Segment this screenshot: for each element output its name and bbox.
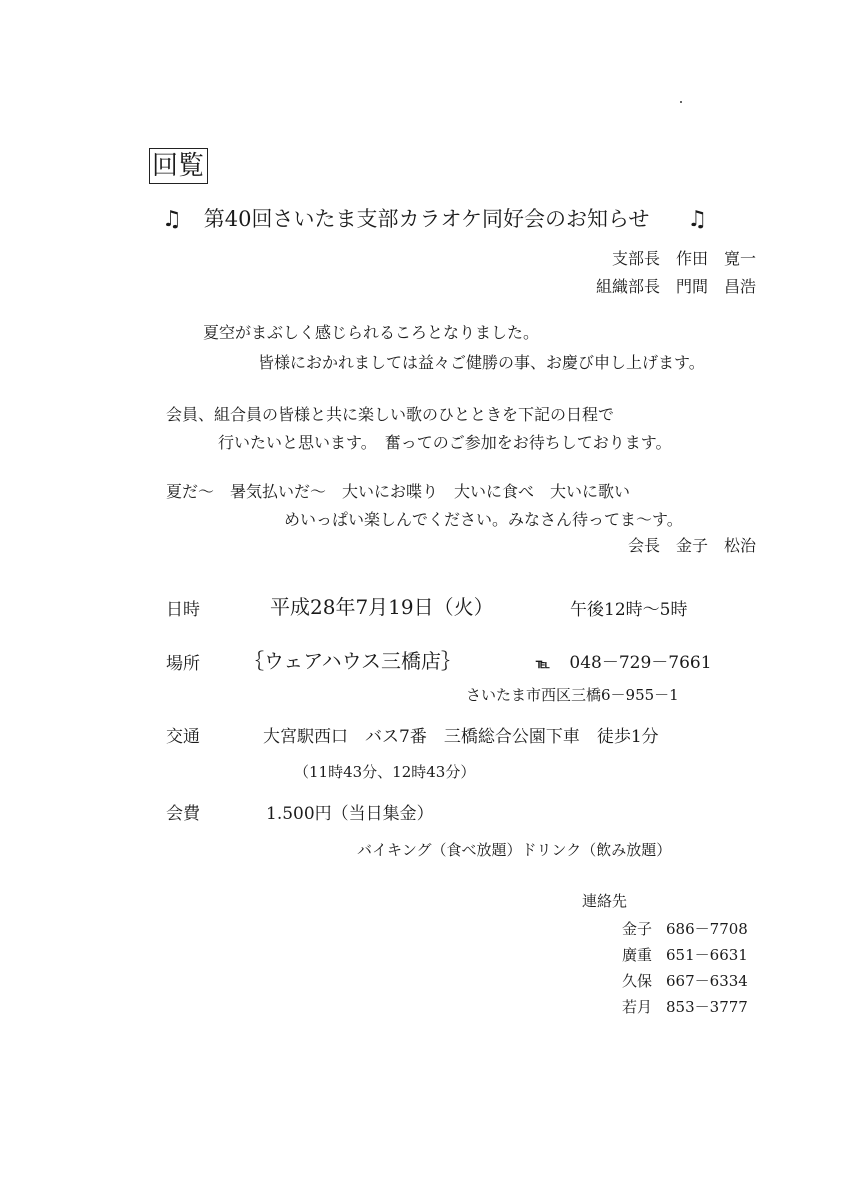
date-label: 日時 (166, 595, 200, 620)
venue-name: ｛ウェアハウス三橋店｝ (244, 645, 461, 674)
president-signature: 会長金子松治 (628, 533, 756, 556)
invite-line-2: 行いたいと思います。 奮ってのご参加をお待ちしております。 (218, 430, 671, 453)
fee-note: バイキング（食べ放題）ドリンク（飲み放題） (357, 839, 671, 860)
fee-label: 会費 (166, 799, 200, 824)
signatory-role: 組織部長 (596, 277, 660, 296)
contact-name: 金子 (622, 920, 652, 938)
title-text: 第40回さいたま支部カラオケ同好会のお知らせ (204, 207, 650, 231)
signatory-org-head: 組織部長門間昌浩 (596, 274, 756, 297)
signatory-surname: 作田 (676, 249, 708, 268)
contact-name: 若月 (622, 998, 652, 1016)
contact-name: 廣重 (622, 946, 652, 964)
music-note-icon: ♫ (687, 207, 707, 232)
signatory-branch-head: 支部長作田寛一 (612, 246, 756, 269)
signatory-role: 支部長 (612, 249, 660, 268)
venue-address: さいたま市西区三橋6－955－1 (466, 684, 679, 705)
contact-item: 若月853－3777 (622, 996, 748, 1017)
contact-item: 久保667－6334 (622, 970, 748, 991)
signatory-surname: 門間 (676, 277, 708, 296)
venue-phone: ℡ 048－729－7661 (536, 648, 712, 673)
contact-phone: 667－6334 (666, 972, 748, 990)
slogan-line-2: めいっぱい楽しんでください。みなさん待ってま～す。 (284, 507, 683, 530)
scan-speck (680, 101, 682, 103)
access-value: 大宮駅西口 バス7番 三橋総合公園下車 徒歩1分 (263, 722, 659, 747)
contacts-heading: 連絡先 (582, 890, 627, 911)
venue-phone-number: 048－729－7661 (569, 653, 711, 673)
slogan-line-1: 夏だ～ 暑気払いだ～ 大いにお喋り 大いに食べ 大いに歌い (166, 479, 630, 502)
date-value: 平成28年7月19日（火） (270, 591, 494, 620)
contact-item: 金子686－7708 (622, 918, 748, 939)
circulation-stamp: 回覧 (149, 148, 208, 184)
greeting-line-2: 皆様におかれましては益々ご健勝の事、お慶び申し上げます。 (258, 350, 705, 373)
place-label: 場所 (166, 649, 200, 674)
document-title: ♫第40回さいたま支部カラオケ同好会のお知らせ♫ (162, 203, 707, 233)
fee-value: 1.500円（当日集金） (266, 799, 434, 824)
greeting-line-1: 夏空がまぶしく感じられるころとなりました。 (203, 320, 539, 343)
signer-surname: 金子 (676, 536, 708, 555)
time-value: 午後12時～5時 (570, 595, 687, 620)
bus-times: （11時43分、12時43分） (294, 761, 475, 782)
contact-name: 久保 (622, 972, 652, 990)
signatory-given-name: 昌浩 (724, 277, 756, 296)
contact-phone: 651－6631 (666, 946, 748, 964)
contact-item: 廣重651－6631 (622, 944, 748, 965)
signer-role: 会長 (628, 536, 660, 555)
invite-line-1: 会員、組合員の皆様と共に楽しい歌のひとときを下記の日程で (166, 402, 614, 425)
contact-phone: 686－7708 (666, 920, 748, 938)
phone-icon: ℡ (536, 657, 550, 672)
access-label: 交通 (166, 722, 200, 747)
contact-phone: 853－3777 (666, 998, 748, 1016)
music-note-icon: ♫ (162, 207, 182, 232)
signatory-given-name: 寛一 (724, 249, 756, 268)
signer-given-name: 松治 (724, 536, 756, 555)
